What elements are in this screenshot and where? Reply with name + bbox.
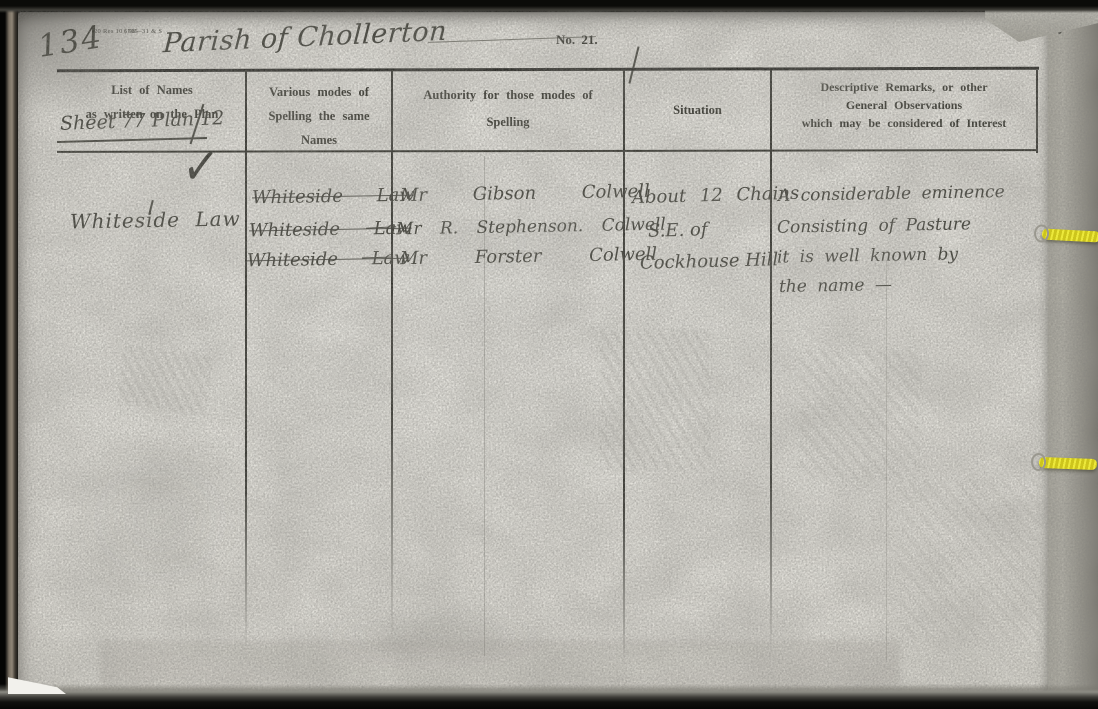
parish-title-handwritten: Parish of Chollerton <box>162 16 448 60</box>
tick-mark-icon: ✓ <box>180 134 221 199</box>
header-line: Descriptive Remarks, or other <box>773 78 1035 96</box>
entry-authority: Mr R. Stephenson. Colwell <box>396 215 666 240</box>
entry-remarks-line: Consisting of Pasture <box>777 214 971 237</box>
paper-crease <box>886 260 887 660</box>
entry-remarks-line: the name — <box>779 275 892 297</box>
paper-stain <box>600 330 710 470</box>
page-number: No. 21. <box>556 32 646 48</box>
paper-stain <box>800 350 920 480</box>
header-line: Various modes of <box>248 80 390 104</box>
header-line: Situation <box>626 98 769 122</box>
folio-number: 134 <box>36 19 106 65</box>
column-header-authority: Authority for those modes of Spelling <box>394 82 622 136</box>
entry-spelling: Whiteside Law <box>252 185 415 209</box>
header-line: Spelling <box>394 109 622 136</box>
entry-remarks-line: it is well known by <box>777 244 958 267</box>
entry-situation-line: Cockhouse Hill <box>640 249 779 274</box>
scanned-register-photo: 134 20 Res 10 | 68—31 & S 6705 Parish of… <box>0 0 1098 709</box>
entry-remarks-line: A considerable eminence <box>778 182 1005 206</box>
entry-name: Whiteside Law <box>70 207 241 234</box>
column-divider <box>623 70 625 666</box>
entry-spelling: Whiteside Law <box>247 248 410 272</box>
paper-stain <box>116 344 213 416</box>
binding-cord <box>1039 457 1097 470</box>
column-divider <box>770 70 772 658</box>
column-divider <box>245 70 247 654</box>
photo-left-edge <box>0 0 18 709</box>
photo-bottom-edge <box>0 684 1098 709</box>
paper-stain <box>900 480 1040 640</box>
paper-stain <box>300 600 560 670</box>
entry-authority: Mr Gibson Colwell <box>400 181 650 206</box>
column-divider <box>391 70 393 648</box>
header-line: General Observations <box>773 96 1035 114</box>
entry-authority: Mr Forster Colwell <box>400 244 657 269</box>
column-header-remarks: Descriptive Remarks, or other General Ob… <box>773 78 1035 132</box>
table-right-rule <box>1036 70 1038 153</box>
header-line: which may be considered of Interest <box>773 114 1035 132</box>
entry-situation-line: About 12 Chains <box>632 183 800 208</box>
stamp-line: 20 Res 10 | 68—31 & S <box>94 28 162 36</box>
header-line: Authority for those modes of <box>394 82 622 109</box>
page-content: 134 20 Res 10 | 68—31 & S 6705 Parish of… <box>0 0 1098 709</box>
table-top-rule <box>57 67 1039 72</box>
column-header-situation: Situation <box>626 98 769 122</box>
paper-stain <box>100 640 900 685</box>
photo-top-edge <box>0 0 1098 13</box>
entry-situation-line: S.E. of <box>648 219 708 242</box>
entry-spelling: Whiteside Law <box>249 218 412 242</box>
pen-stroke <box>628 46 639 83</box>
header-line: List of Names <box>62 78 242 102</box>
paper-stain <box>60 430 260 610</box>
column-header-spellings: Various modes of Spelling the same Names <box>248 80 390 152</box>
header-line: Spelling the same Names <box>248 104 390 152</box>
